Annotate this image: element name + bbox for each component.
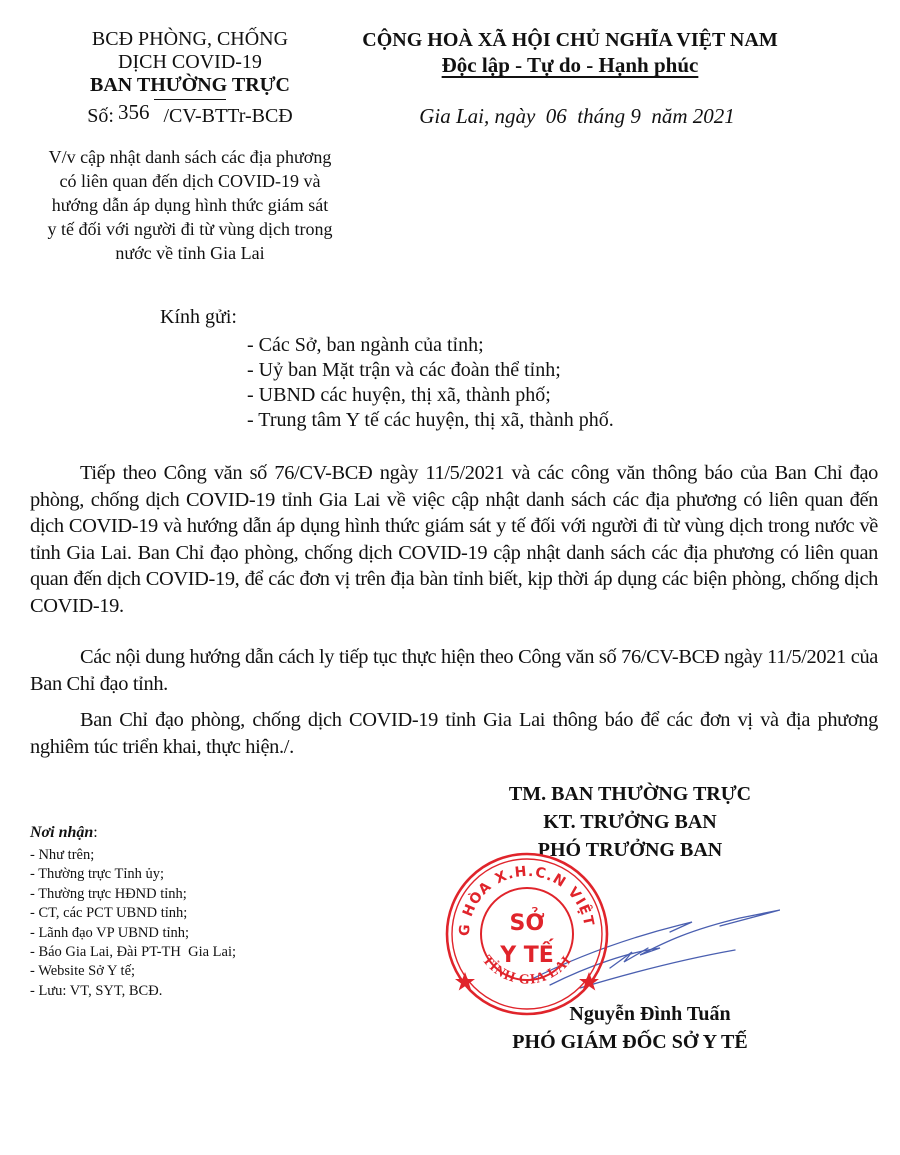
- recipient-item: - Trung tâm Y tế các huyện, thị xã, thàn…: [247, 408, 614, 433]
- distribution-list: - Như trên; - Thường trực Tỉnh ủy; - Thư…: [30, 846, 236, 1001]
- number-value: 356: [118, 100, 150, 124]
- seal-inner-line1: SỞ: [509, 908, 544, 936]
- recipient-list: - Các Sở, ban ngành của tỉnh; - Uỷ ban M…: [247, 333, 614, 433]
- paragraph-text: Ban Chỉ đạo phòng, chống dịch COVID-19 t…: [30, 709, 878, 758]
- document-number: Số:356/CV-BTTr-BCĐ: [40, 104, 340, 128]
- nation-name: CỘNG HOÀ XÃ HỘI CHỦ NGHĨA VIỆT NAM: [340, 28, 800, 53]
- number-suffix: /CV-BTTr-BCĐ: [163, 105, 292, 127]
- body-paragraph-1: Tiếp theo Công văn số 76/CV-BCĐ ngày 11/…: [30, 460, 878, 619]
- subject-line: nước về tỉnh Gia Lai: [30, 241, 350, 265]
- national-motto: Độc lập - Tự do - Hạnh phúc: [340, 53, 800, 78]
- distribution-item: - Lãnh đạo VP UBND tỉnh;: [30, 924, 236, 943]
- agency-name-line1: BCĐ PHÒNG, CHỐNG: [40, 28, 340, 51]
- number-label: Số:: [87, 105, 114, 127]
- subject-line: có liên quan đến dịch COVID-19 và: [30, 169, 350, 193]
- distribution-heading: Nơi nhận:: [30, 824, 98, 842]
- distribution-item: - Thường trực HĐND tỉnh;: [30, 885, 236, 904]
- authority-line2: KT. TRƯỞNG BAN: [440, 808, 820, 836]
- paragraph-text: Các nội dung hướng dẫn cách ly tiếp tục …: [30, 646, 878, 695]
- national-header: CỘNG HOÀ XÃ HỘI CHỦ NGHĨA VIỆT NAM Độc l…: [340, 28, 800, 78]
- distribution-item: - Lưu: VT, SYT, BCĐ.: [30, 982, 236, 1001]
- body-paragraph-3: Ban Chỉ đạo phòng, chống dịch COVID-19 t…: [30, 707, 878, 760]
- signer-name: Nguyễn Đình Tuấn: [460, 1000, 840, 1028]
- recipient-item: - Uỷ ban Mặt trận và các đoàn thể tỉnh;: [247, 358, 614, 383]
- recipient-item: - UBND các huyện, thị xã, thành phố;: [247, 383, 614, 408]
- agency-underline: [154, 99, 226, 100]
- place-date: Gia Lai, ngày 06 tháng 9 năm 2021: [340, 104, 814, 129]
- subject-line: hướng dẫn áp dụng hình thức giám sát: [30, 193, 350, 217]
- distribution-item: - Thường trực Tỉnh ủy;: [30, 865, 236, 884]
- body-paragraph-2: Các nội dung hướng dẫn cách ly tiếp tục …: [30, 644, 878, 697]
- subject-line: V/v cập nhật danh sách các địa phương: [30, 145, 350, 169]
- agency-unit: BAN THƯỜNG TRỰC: [40, 74, 340, 97]
- distribution-item: - Báo Gia Lai, Đài PT-TH Gia Lai;: [30, 943, 236, 962]
- distribution-item: - CT, các PCT UBND tỉnh;: [30, 904, 236, 923]
- distribution-colon: :: [93, 824, 97, 841]
- subject-line: y tế đối với người đi từ vùng dịch trong: [30, 217, 350, 241]
- signer-title: PHÓ GIÁM ĐỐC SỞ Y TẾ: [440, 1028, 820, 1056]
- recipient-item: - Các Sở, ban ngành của tỉnh;: [247, 333, 614, 358]
- greeting: Kính gửi:: [160, 306, 237, 329]
- distribution-label: Nơi nhận: [30, 824, 93, 841]
- signer-block: Nguyễn Đình Tuấn PHÓ GIÁM ĐỐC SỞ Y TẾ: [440, 1000, 820, 1056]
- authority-line1: TM. BAN THƯỜNG TRỰC: [440, 780, 820, 808]
- agency-name-line2: DỊCH COVID-19: [40, 51, 340, 74]
- paragraph-text: Tiếp theo Công văn số 76/CV-BCĐ ngày 11/…: [30, 462, 878, 617]
- issuing-agency-block: BCĐ PHÒNG, CHỐNG DỊCH COVID-19 BAN THƯỜN…: [40, 28, 340, 128]
- official-seal-icon: CỘNG HÒA X.H.C.N VIỆT NAM TỈNH GIA LAI S…: [443, 850, 611, 1018]
- distribution-item: - Như trên;: [30, 846, 236, 865]
- seal-inner-line2: Y TẾ: [499, 939, 555, 968]
- distribution-item: - Website Sở Y tế;: [30, 962, 236, 981]
- document-subject: V/v cập nhật danh sách các địa phương có…: [30, 145, 350, 265]
